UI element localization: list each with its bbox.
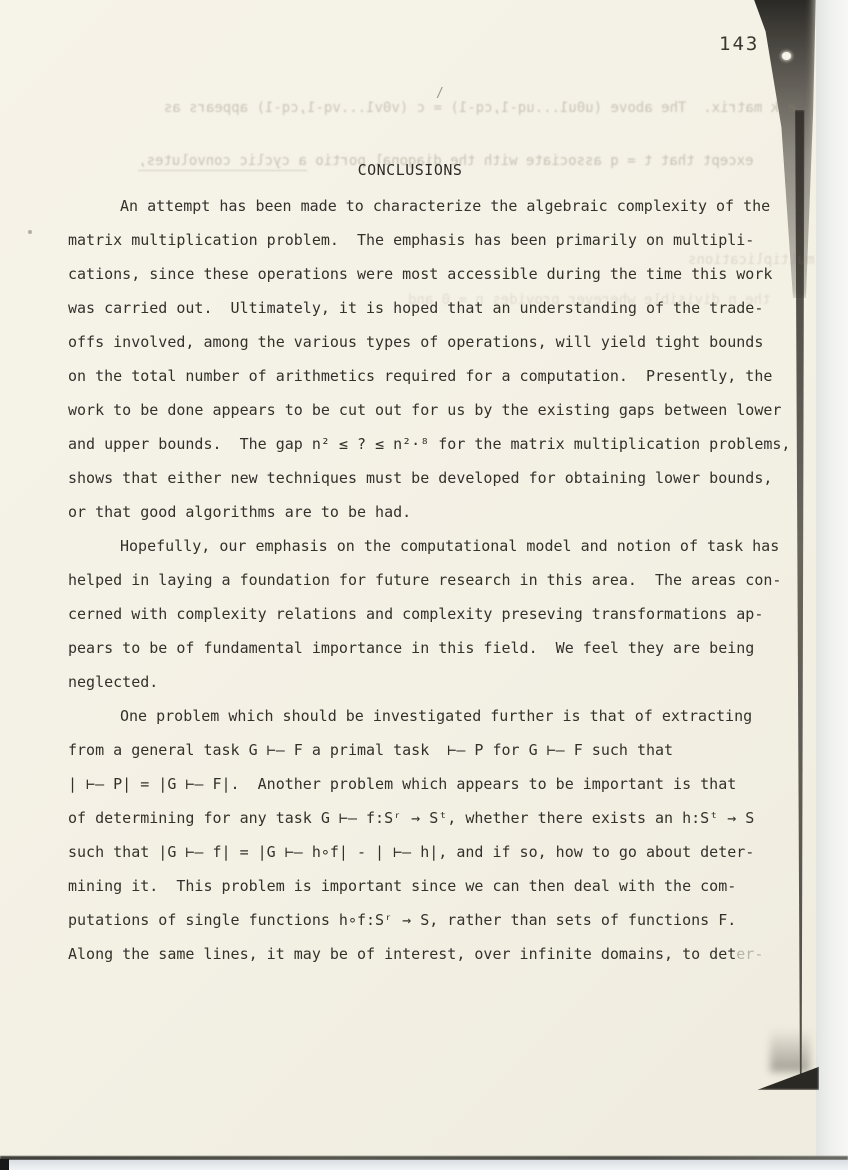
text-line-with-formula: from a general task G ⊢— F a primal task… <box>68 733 794 767</box>
text-line: or that good algorithms are to be had. <box>68 495 794 529</box>
text-line-with-formula: such that |G ⊢— f| = |G ⊢— h∘f| - | ⊢— h… <box>68 835 794 869</box>
text-line-with-formula: of determining for any task G ⊢— f:Sʳ → … <box>68 801 794 835</box>
text-line: cerned with complexity relations and com… <box>68 597 794 631</box>
page-number: 143 <box>719 33 759 55</box>
page-curl-soft-shadow <box>770 1028 810 1072</box>
faded-text-tail: er- <box>736 945 763 963</box>
text-line: pears to be of fundamental importance in… <box>68 631 794 665</box>
bottom-left-corner-mark <box>0 1159 9 1170</box>
text-line: offs involved, among the various types o… <box>68 325 794 359</box>
text-line: on the total number of arithmetics requi… <box>68 359 794 393</box>
white-speck <box>782 52 791 60</box>
text-line: Hopefully, our emphasis on the computati… <box>68 529 794 563</box>
text-line: cations, since these operations were mos… <box>68 257 794 291</box>
text-line: work to be done appears to be cut out fo… <box>68 393 794 427</box>
scanned-document-page: / e k matrix. The above (u0u1...uq-1,cq-… <box>0 0 848 1170</box>
stray-mark: / <box>436 86 444 101</box>
text-line: matrix multiplication problem. The empha… <box>68 223 794 257</box>
paper-speck <box>28 230 32 234</box>
text-line-with-formula: | ⊢— P| = |G ⊢— F|. Another problem whic… <box>68 767 794 801</box>
text-line-start: Along the same lines, it may be of inter… <box>68 945 736 963</box>
bleedthrough-formula-line: e k matrix. The above (u0u1...uq-1,cq-1)… <box>72 100 796 116</box>
scanner-background-strip <box>816 0 848 1160</box>
text-line-with-formula: putations of single functions h∘f:Sʳ → S… <box>68 903 794 937</box>
text-line: mining it. This problem is important sin… <box>68 869 794 903</box>
text-line: helped in laying a foundation for future… <box>68 563 794 597</box>
text-line: was carried out. Ultimately, it is hoped… <box>68 291 794 325</box>
section-heading: CONCLUSIONS <box>60 161 760 179</box>
text-line: shows that either new techniques must be… <box>68 461 794 495</box>
text-line-with-formula: and upper bounds. The gap n² ≤ ? ≤ n²·⁸ … <box>68 427 794 461</box>
text-line: neglected. <box>68 665 794 699</box>
text-line-faded-end: Along the same lines, it may be of inter… <box>68 937 794 971</box>
text-line: An attempt has been made to characterize… <box>68 189 794 223</box>
scanner-background-bottom <box>0 1160 848 1170</box>
text-line: One problem which should be investigated… <box>68 699 794 733</box>
document-body: An attempt has been made to characterize… <box>68 189 794 971</box>
